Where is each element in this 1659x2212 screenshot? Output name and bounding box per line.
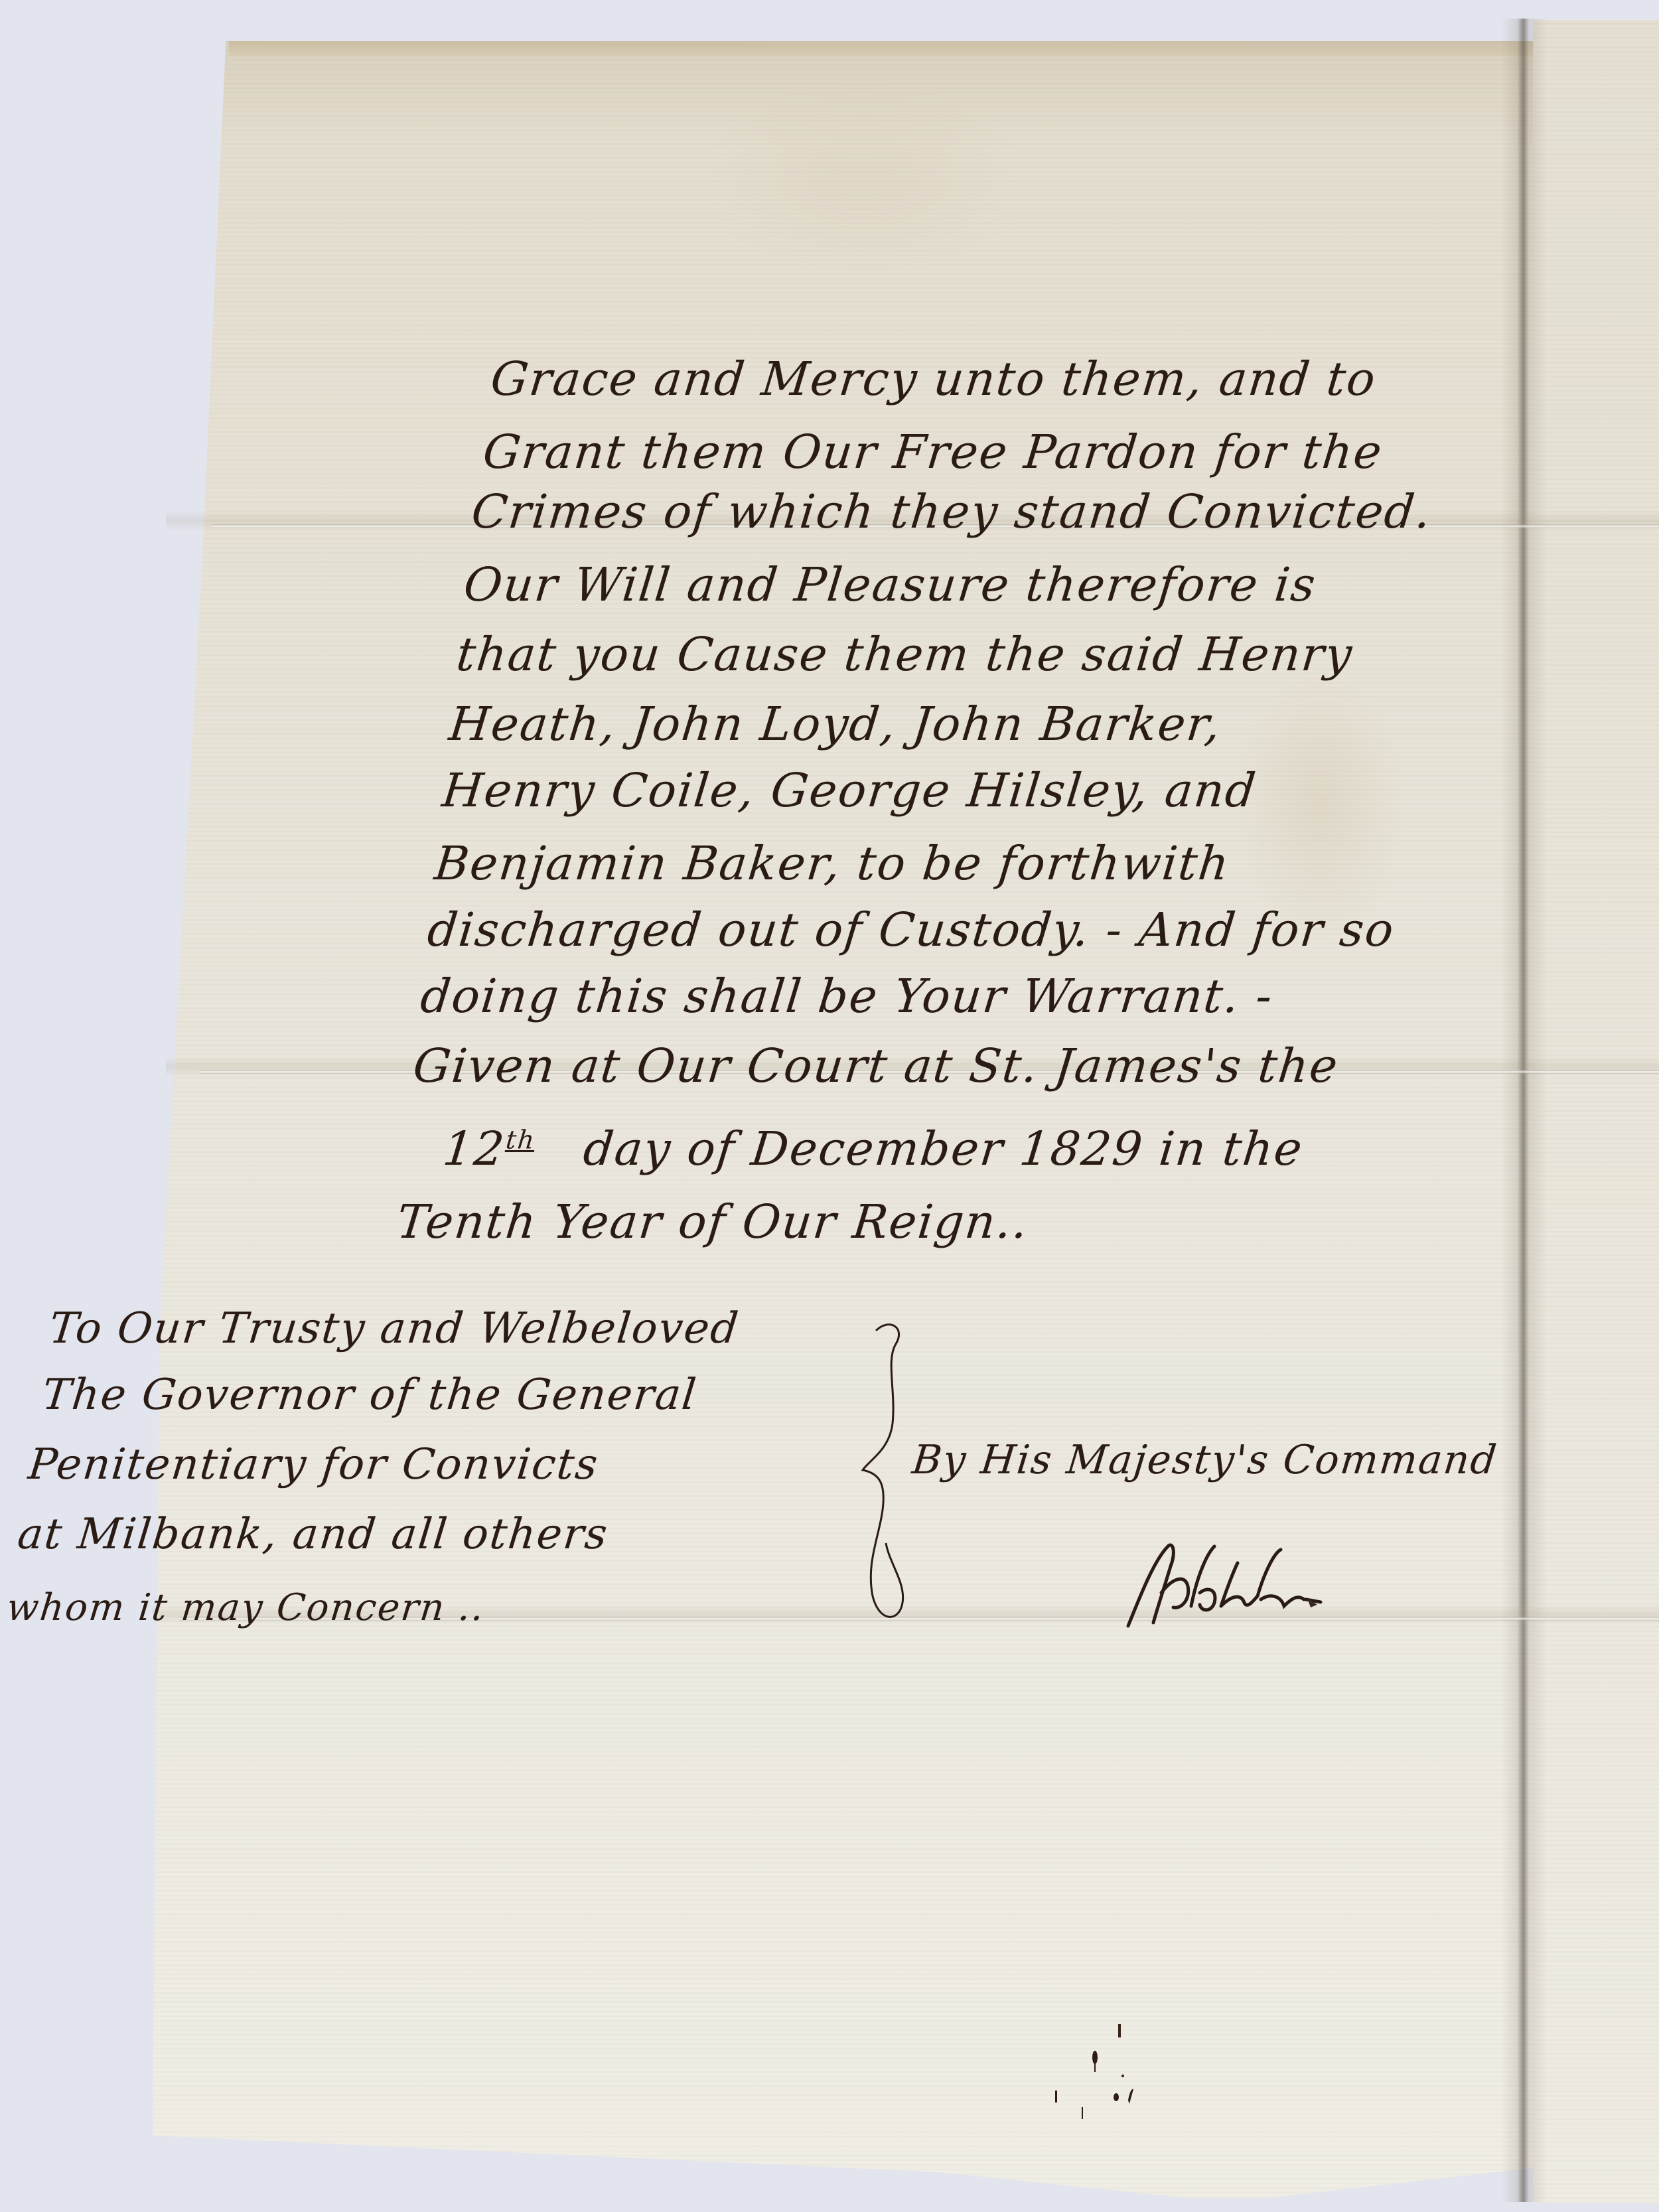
ink-spots [1035, 2018, 1234, 2124]
address-line-2: The Governor of the General [40, 1370, 699, 1420]
body-line-2: Grant them Our Free Pardon for the [480, 425, 1386, 479]
reign-line: Tenth Year of Our Reign.. [394, 1195, 1031, 1249]
address-line-5: whom it may Concern .. [5, 1586, 487, 1629]
curly-brace-icon [856, 1317, 916, 1629]
body-line-5: that you Cause them the said Henry [454, 627, 1356, 682]
body-line-10: doing this shall be Your Warrant. - [418, 969, 1276, 1023]
body-line-7: Henry Coile, George Hilsley, and [440, 763, 1260, 818]
paper-stain [697, 80, 1029, 279]
date-rest: day of December 1829 in the [581, 1122, 1306, 1176]
paper-stain [1234, 664, 1407, 942]
body-line-9: discharged out of Custody. - And for so [425, 903, 1397, 957]
body-line-8: Benjamin Baker, to be forthwith [432, 836, 1233, 891]
center-fold-spine [1501, 19, 1548, 2202]
body-line-3: Crimes of which they stand Convicted. [469, 484, 1435, 539]
date-line: 12th day of December 1829 in the [441, 1122, 1306, 1176]
adjacent-page [1533, 20, 1659, 2203]
page-top-edge [229, 41, 1533, 56]
body-line-4: Our Will and Pleasure therefore is [461, 557, 1319, 612]
body-line-1: Grace and Mercy unto them, and to [488, 352, 1379, 406]
date-day: 12 [441, 1122, 508, 1176]
address-line-3: Penitentiary for Convicts [26, 1440, 601, 1489]
date-day-suffix: th [504, 1126, 537, 1155]
command-line: By His Majesty's Command [910, 1437, 1500, 1483]
body-line-11: Given at Our Court at St. James's the [411, 1039, 1341, 1093]
address-line-1: To Our Trusty and Welbeloved [47, 1304, 742, 1353]
signature-robt-peel [1121, 1533, 1347, 1633]
address-line-4: at Milbank, and all others [15, 1510, 611, 1559]
body-line-6: Heath, John Loyd, John Barker, [447, 697, 1224, 751]
